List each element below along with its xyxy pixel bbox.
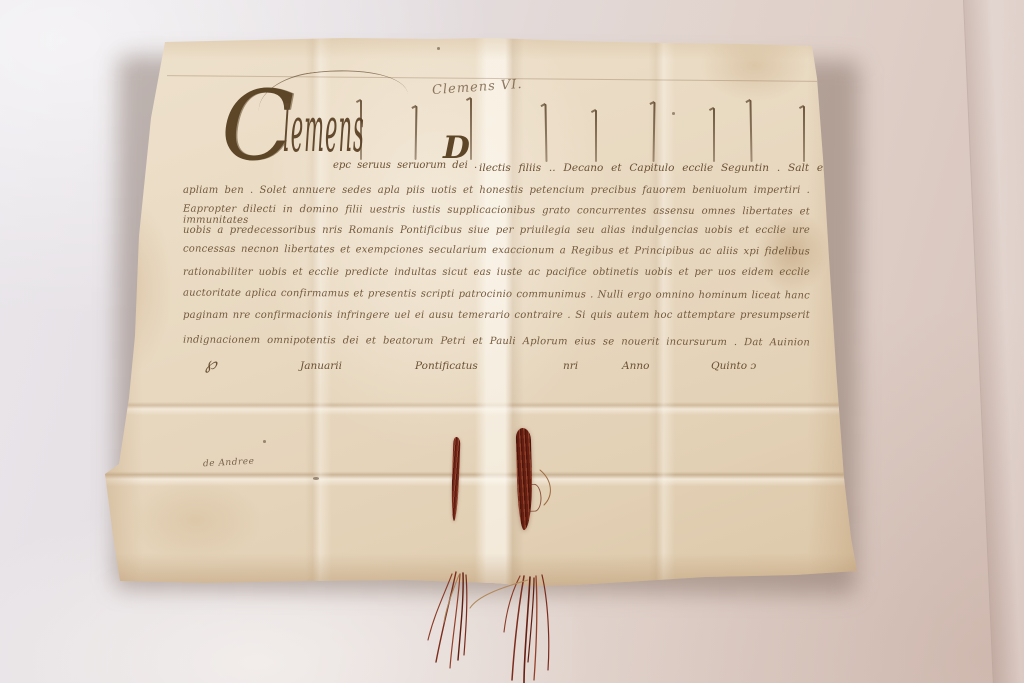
ink-speck	[313, 477, 319, 480]
elongated-ascender-stroke	[360, 100, 362, 160]
date-part: Quinto ɔ	[711, 360, 756, 372]
photo-of-papal-charter: Clemens VI. C lemens epc seruus seruorum…	[0, 0, 1024, 683]
scribe-note: de Andree	[203, 457, 255, 470]
date-part: Pontificatus	[415, 360, 478, 372]
elongated-ascender-stroke	[544, 104, 547, 162]
elongated-ascender-stroke	[713, 108, 715, 162]
address-text: ilectis filiis .. Decano et Capitulo ecc…	[479, 162, 811, 174]
silk-thread-bundle-right	[516, 428, 534, 530]
elongated-ascender-stroke	[652, 102, 655, 162]
elongated-ascender-stroke	[415, 106, 418, 160]
parchment-document: Clemens VI. C lemens epc seruus seruorum…	[105, 38, 860, 586]
charter-text-line: auctoritate aplica confirmamus et presen…	[183, 288, 810, 302]
date-part: Januarii	[300, 360, 342, 372]
charter-text-line: apliam ben . Solet annuere sedes apla pi…	[183, 185, 810, 196]
date-part: nri	[563, 360, 578, 372]
silk-thread-bundle-left	[451, 437, 461, 521]
charter-text-line: paginam nre confirmacionis infringere ue…	[183, 310, 810, 321]
charter-text-line: indignacionem omnipotentis dei et beator…	[183, 335, 810, 349]
ink-speck	[263, 440, 266, 443]
address-initial-d: D	[443, 130, 470, 166]
elongated-ascender-stroke	[749, 100, 752, 162]
charter-text-line: rationabiliter uobis et ecclie predicte …	[183, 267, 810, 278]
ink-speck	[437, 47, 440, 50]
charter-text-line: concessas necnon libertates et exempcion…	[183, 244, 810, 258]
date-part: ℘	[205, 354, 217, 374]
date-part: Anno	[622, 360, 649, 372]
charter-text-line: uobis a predecessoribus nris Romanis Pon…	[183, 225, 810, 236]
elongated-ascender-stroke	[595, 110, 597, 162]
elongated-ascender-stroke	[803, 106, 805, 162]
archival-label: Clemens VI.	[432, 77, 523, 98]
ink-speck	[672, 112, 675, 115]
initial-word-rest: lemens	[283, 94, 365, 166]
elongated-ascender-stroke	[470, 98, 472, 160]
